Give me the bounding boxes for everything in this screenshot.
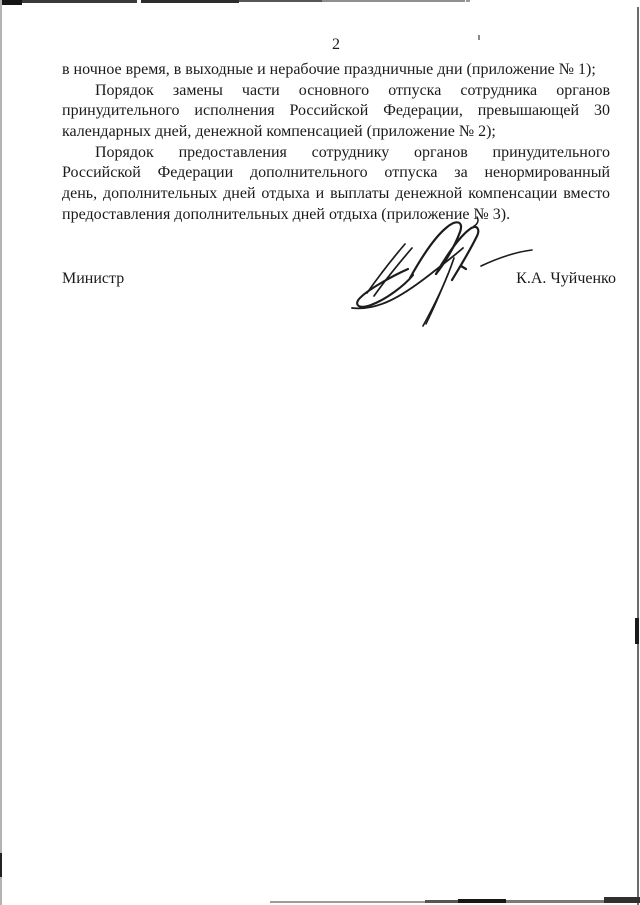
- scan-artifact-top-border: [0, 0, 22, 5]
- body-line: принудительного исполнения Российской Фе…: [62, 101, 610, 122]
- body-line: календарных дней, денежной компенсацией …: [62, 122, 610, 143]
- body-line: Порядок предоставления сотруднику органо…: [62, 143, 610, 164]
- signer-name: К.А. Чуйченко: [516, 270, 616, 288]
- scanned-document-page: 2 в ночное время, в выходные и нерабочие…: [0, 0, 640, 905]
- scan-artifact-top-border: [141, 0, 239, 3]
- page-number: 2: [62, 36, 610, 54]
- handwritten-signature-icon: [350, 216, 535, 328]
- signer-title: Министр: [62, 270, 124, 288]
- scan-artifact-bottom-border: [425, 900, 460, 903]
- scan-artifact-left-border: [0, 0, 2, 905]
- scan-artifact-top-border: [322, 0, 465, 2]
- body-line: Порядок замены части основного отпуска с…: [62, 81, 610, 102]
- body-line: день, дополнительных дней отдыха и выпла…: [62, 184, 610, 205]
- scan-artifact-bottom-border: [270, 901, 425, 903]
- document-body: в ночное время, в выходные и нерабочие п…: [62, 60, 610, 226]
- scan-artifact-top-border: [22, 0, 137, 3]
- scan-artifact-bottom-border: [604, 897, 640, 903]
- scan-artifact-right-border: [637, 7, 639, 905]
- scan-artifact-top-border: [466, 0, 470, 2]
- scan-artifact-right-border: [635, 618, 639, 644]
- scan-artifact-bottom-border: [506, 900, 604, 903]
- body-line: Российской Федерации дополнительного отп…: [62, 163, 610, 184]
- body-line: в ночное время, в выходные и нерабочие п…: [62, 60, 610, 81]
- scan-artifact-left-border: [0, 853, 2, 877]
- scan-artifact-bottom-border: [458, 899, 506, 903]
- scan-artifact-top-border: [239, 0, 322, 2]
